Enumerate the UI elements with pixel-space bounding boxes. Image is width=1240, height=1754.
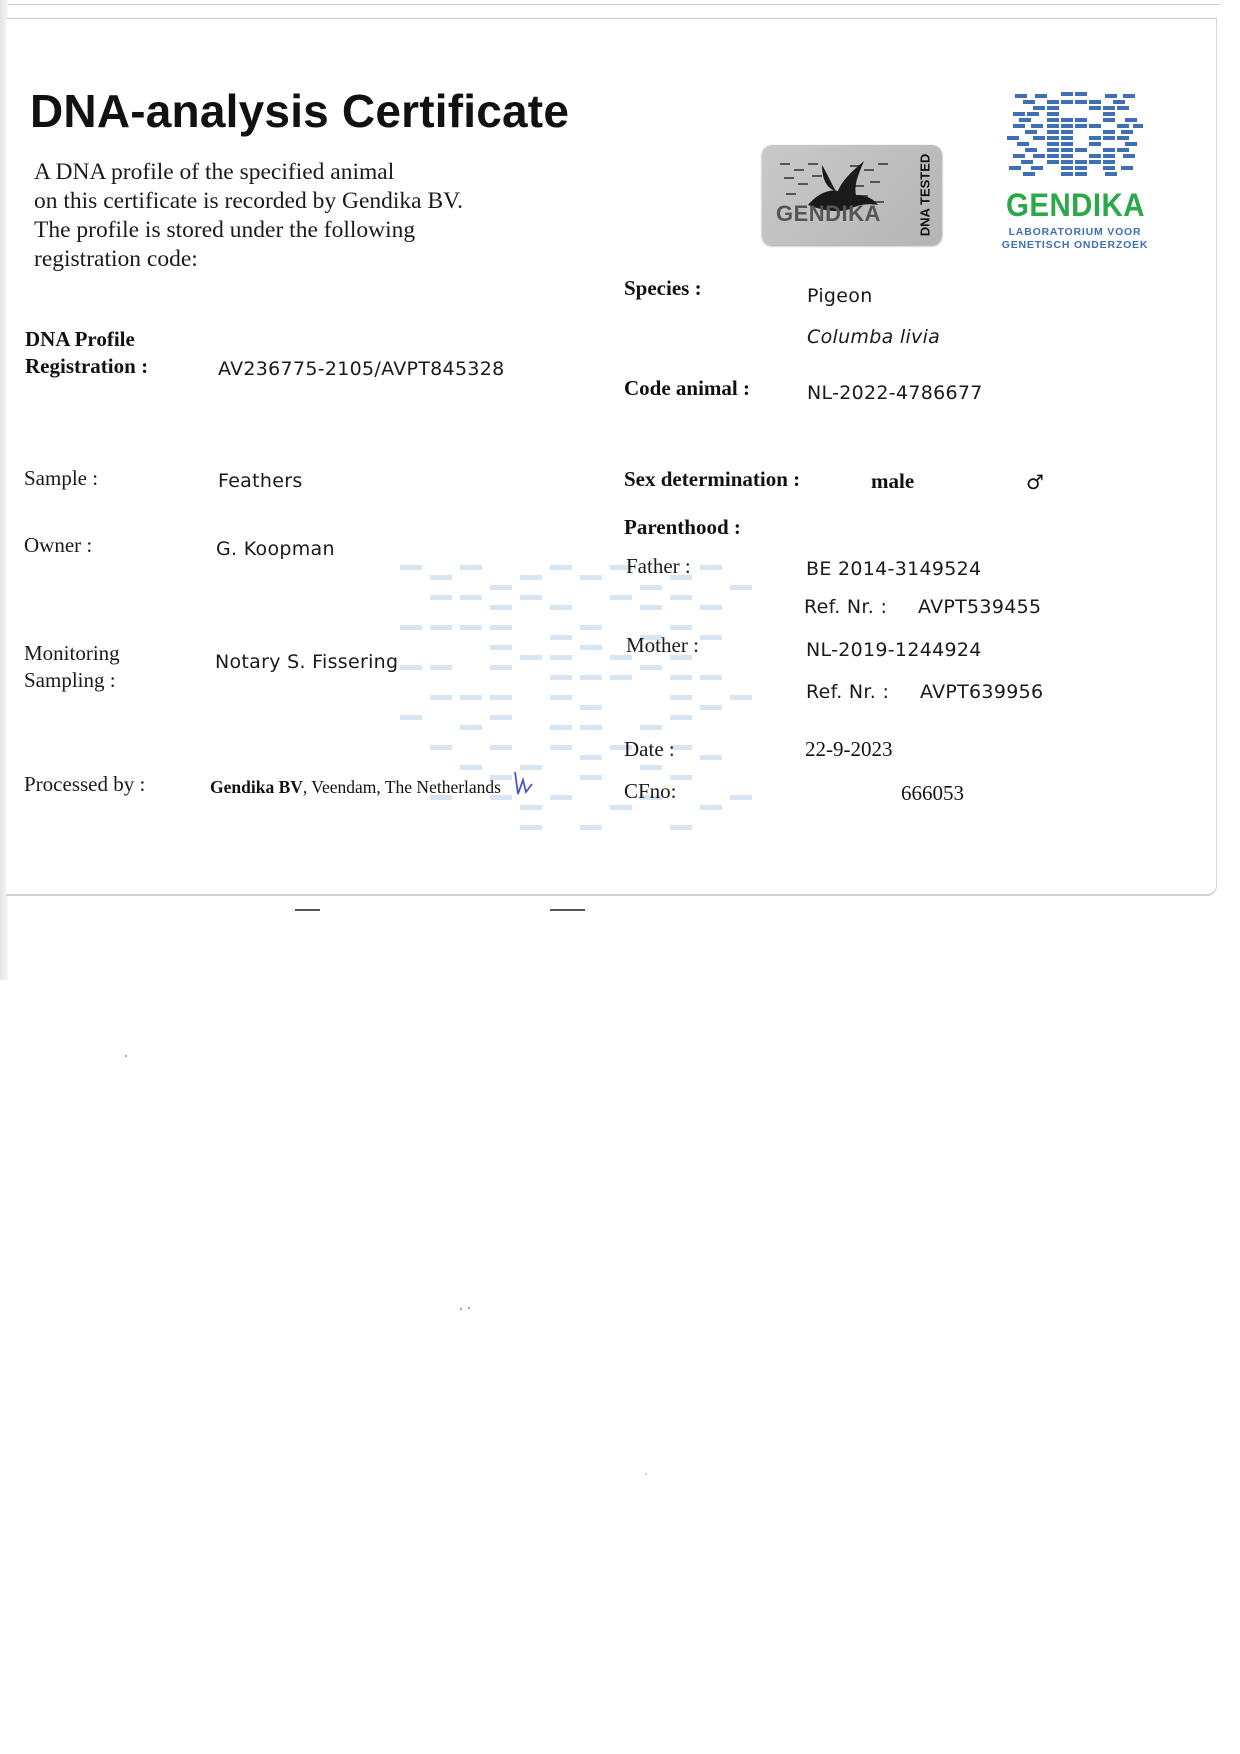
logo-name: GENDIKA — [1006, 187, 1144, 224]
scan-artifact — [295, 909, 320, 911]
scan-dust — [460, 1308, 462, 1310]
species-common-value: Pigeon — [807, 285, 873, 307]
date-value: 22-9-2023 — [805, 737, 893, 762]
badge-vertical-label: DNA TESTED — [914, 149, 936, 241]
sample-label: Sample : — [24, 466, 98, 491]
father-label: Father : — [626, 554, 691, 579]
cfno-label: CFno: — [624, 779, 677, 804]
logo-subtitle: LABORATORIUM VOOR GENETISCH ONDERZOEK — [1000, 226, 1150, 252]
father-value: BE 2014-3149524 — [806, 558, 981, 580]
mother-ref-value: AVPT639956 — [920, 681, 1043, 703]
male-symbol-icon: ♂ — [1026, 470, 1044, 494]
sex-value: male — [871, 469, 914, 494]
father-ref-value: AVPT539455 — [918, 596, 1041, 618]
intro-line: A DNA profile of the specified animal — [34, 158, 463, 187]
intro-line: registration code: — [34, 245, 463, 274]
cfno-value: 666053 — [901, 781, 964, 806]
scan-dust — [125, 1055, 127, 1057]
owner-label: Owner : — [24, 533, 92, 558]
signature-mark — [512, 768, 536, 796]
badge-brand: GENDIKA — [776, 201, 881, 227]
dna-tested-badge: GENDIKA DNA TESTED — [762, 145, 942, 245]
mother-label: Mother : — [626, 633, 699, 658]
dna-g-logo-icon — [1005, 92, 1145, 178]
processed-value: Gendika BV, Veendam, The Netherlands — [210, 777, 501, 798]
scan-dust — [468, 1307, 470, 1309]
monitoring-label: Monitoring Sampling : — [24, 640, 120, 694]
registration-value: AV236775-2105/AVPT845328 — [218, 358, 505, 380]
intro-text: A DNA profile of the specified animal on… — [34, 158, 463, 274]
sample-value: Feathers — [218, 470, 303, 492]
monitoring-value: Notary S. Fissering — [215, 651, 398, 673]
gendika-logo: GENDIKA LABORATORIUM VOOR GENETISCH ONDE… — [1000, 92, 1150, 262]
intro-line: on this certificate is recorded by Gendi… — [34, 187, 463, 216]
code-animal-value: NL-2022-4786677 — [807, 382, 983, 404]
processed-label: Processed by : — [24, 772, 145, 797]
code-animal-label: Code animal : — [624, 376, 750, 401]
parenthood-label: Parenthood : — [624, 515, 741, 540]
registration-label: DNA Profile Registration : — [25, 326, 148, 380]
father-ref-label: Ref. Nr. : — [804, 596, 887, 618]
species-latin-value: Columba livia — [807, 326, 940, 348]
species-label: Species : — [624, 276, 702, 301]
date-label: Date : — [624, 737, 675, 762]
mother-value: NL-2019-1244924 — [806, 639, 982, 661]
scan-dust — [645, 1473, 647, 1475]
scan-border-top — [0, 4, 1220, 5]
page-title: DNA-analysis Certificate — [30, 84, 569, 138]
intro-line: The profile is stored under the followin… — [34, 216, 463, 245]
scan-artifact — [550, 909, 585, 911]
owner-value: G. Koopman — [216, 538, 335, 560]
mother-ref-label: Ref. Nr. : — [806, 681, 889, 703]
sex-label: Sex determination : — [624, 467, 800, 492]
